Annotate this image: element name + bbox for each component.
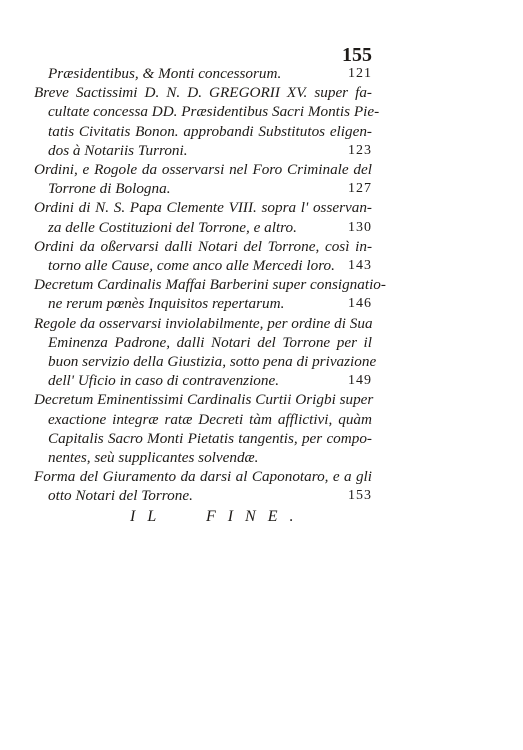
toc-entry: Breve Sactissimi D. N. D. GREGORII XV. s… [34,83,372,160]
toc-page-number: 127 [348,179,372,198]
toc-line-text: ne rerum pœnès Inquisitos repertarum. [48,294,338,313]
toc-page-number: 143 [348,256,372,275]
toc-line: ne rerum pœnès Inquisitos repertarum.146 [34,294,372,313]
toc-entry: Decretum Cardinalis Maffai Barberini sup… [34,275,372,313]
toc-line-text: Regole da osservarsi inviolabilmente, pe… [34,314,373,333]
toc-line: Regole da osservarsi inviolabilmente, pe… [34,314,372,333]
toc-line-text: Capitalis Sacro Monti Pietatis tangentis… [48,429,372,448]
toc-page-number: 123 [348,141,372,160]
toc-entry: Forma del Giuramento da darsi al Caponot… [34,467,372,505]
toc-page-number: 153 [348,486,372,505]
toc-line-text: cultate concessa DD. Præsidentibus Sacri… [48,102,379,121]
toc-line-text: Decretum Eminentissimi Cardinalis Curtii… [34,390,373,409]
toc-line-text: buon servizio della Giustizia, sotto pen… [48,352,376,371]
toc-line: Decretum Eminentissimi Cardinalis Curtii… [34,390,372,409]
toc-entry: Præsidentibus, & Monti concessorum.121 [34,64,372,83]
toc-line-text: za delle Costituzioni del Torrone, e alt… [48,218,338,237]
toc-line-text: Eminenza Padrone, dalli Notari del Torro… [48,333,372,352]
toc-line-text: Ordini da oßervarsi dalli Notari del Tor… [34,237,372,256]
toc-entry: Ordini di N. S. Papa Clemente VIII. sopr… [34,198,372,236]
toc-line: otto Notari del Torrone.153 [34,486,372,505]
toc-page-number: 146 [348,294,372,313]
toc-line-text: Præsidentibus, & Monti concessorum. [48,64,338,83]
toc-line: Decretum Cardinalis Maffai Barberini sup… [34,275,372,294]
toc-entry: Decretum Eminentissimi Cardinalis Curtii… [34,390,372,467]
toc-entry: Ordini, e Rogole da osservarsi nel Foro … [34,160,372,198]
toc-line: Præsidentibus, & Monti concessorum.121 [34,64,372,83]
toc-line-text: nentes, seù supplicantes solvendæ. [48,448,372,467]
toc-line: Ordini da oßervarsi dalli Notari del Tor… [34,237,372,256]
toc-line: Eminenza Padrone, dalli Notari del Torro… [34,333,372,352]
toc-line-text: Breve Sactissimi D. N. D. GREGORII XV. s… [34,83,372,102]
toc-line: Forma del Giuramento da darsi al Caponot… [34,467,372,486]
toc-line: Capitalis Sacro Monti Pietatis tangentis… [34,429,372,448]
toc-entry: Regole da osservarsi inviolabilmente, pe… [34,314,372,391]
toc-line: nentes, seù supplicantes solvendæ. [34,448,372,467]
toc-line: Torrone di Bologna.127 [34,179,372,198]
table-of-contents: Præsidentibus, & Monti concessorum.121Br… [34,64,372,506]
toc-line-text: otto Notari del Torrone. [48,486,338,505]
toc-line: buon servizio della Giustizia, sotto pen… [34,352,372,371]
toc-line: exactione integræ ratæ Decreti tàm affli… [34,410,372,429]
toc-page-number: 121 [348,64,372,83]
toc-line-text: Forma del Giuramento da darsi al Caponot… [34,467,372,486]
toc-line-text: dos à Notariis Turroni. [48,141,338,160]
closing-text: IL FINE. [130,508,305,526]
toc-line-text: dell' Uficio in caso di contravenzione. [48,371,338,390]
toc-line-text: tatis Civitatis Bonon. approbandi Substi… [48,122,372,141]
toc-page-number: 149 [348,371,372,390]
toc-line-text: Ordini di N. S. Papa Clemente VIII. sopr… [34,198,372,217]
toc-line-text: Ordini, e Rogole da osservarsi nel Foro … [34,160,372,179]
toc-page-number: 130 [348,218,372,237]
toc-line-text: Decretum Cardinalis Maffai Barberini sup… [34,275,386,294]
toc-line: Ordini, e Rogole da osservarsi nel Foro … [34,160,372,179]
toc-line-text: Torrone di Bologna. [48,179,338,198]
toc-line-text: torno alle Cause, come anco alle Mercedi… [48,256,338,275]
toc-line: dos à Notariis Turroni.123 [34,141,372,160]
toc-line: tatis Civitatis Bonon. approbandi Substi… [34,122,372,141]
toc-line: Ordini di N. S. Papa Clemente VIII. sopr… [34,198,372,217]
toc-entry: Ordini da oßervarsi dalli Notari del Tor… [34,237,372,275]
toc-line-text: exactione integræ ratæ Decreti tàm affli… [48,410,372,429]
toc-line: Breve Sactissimi D. N. D. GREGORII XV. s… [34,83,372,102]
toc-line: dell' Uficio in caso di contravenzione.1… [34,371,372,390]
toc-line: za delle Costituzioni del Torrone, e alt… [34,218,372,237]
toc-line: torno alle Cause, come anco alle Mercedi… [34,256,372,275]
toc-line: cultate concessa DD. Præsidentibus Sacri… [34,102,372,121]
